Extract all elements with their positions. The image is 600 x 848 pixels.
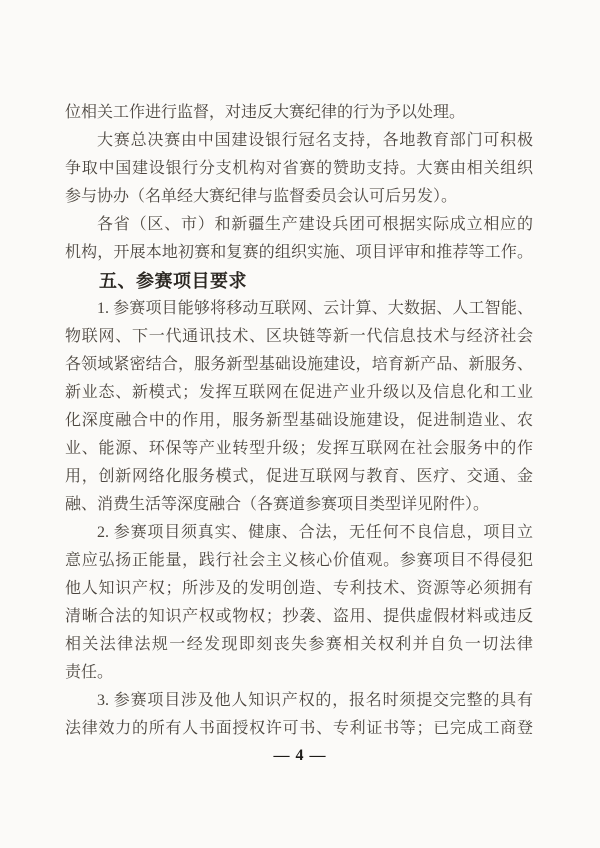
text-line: 意应弘扬正能量，践行社会主义核心价值观。参赛项目不得侵犯	[65, 547, 533, 575]
text-line: 新业态、新模式；发挥互联网在促进产业升级以及信息化和工业	[65, 379, 533, 407]
text-line: 位相关工作进行监督，对违反大赛纪律的行为予以处理。	[65, 99, 533, 127]
text-line: 他人知识产权；所涉及的发明创造、专利技术、资源等必须拥有	[65, 575, 533, 603]
section-heading: 五、参赛项目要求	[65, 267, 533, 295]
text-line: 各省（区、市）和新疆生产建设兵团可根据实际成立相应的	[65, 211, 533, 239]
text-line: 业、能源、环保等产业转型升级；发挥互联网在社会服务中的作	[65, 435, 533, 463]
text-line: 融、消费生活等深度融合（各赛道参赛项目类型详见附件）。	[65, 491, 533, 519]
text-line: 相关法律法规一经发现即刻丧失参赛相关权利并自负一切法律	[65, 631, 533, 659]
text-line: 法律效力的所有人书面授权许可书、专利证书等；已完成工商登	[65, 715, 533, 743]
text-line: 物联网、下一代通讯技术、区块链等新一代信息技术与经济社会	[65, 323, 533, 351]
text-line: 责任。	[65, 659, 533, 687]
text-line: 3. 参赛项目涉及他人知识产权的，报名时须提交完整的具有	[65, 687, 533, 715]
text-line: 参与协办（名单经大赛纪律与监督委员会认可后另发）。	[65, 183, 533, 211]
text-line: 用，创新网络化服务模式，促进互联网与教育、医疗、交通、金	[65, 463, 533, 491]
page-canvas: 位相关工作进行监督，对违反大赛纪律的行为予以处理。大赛总决赛由中国建设银行冠名支…	[0, 0, 600, 848]
text-line: 争取中国建设银行分支机构对省赛的赞助支持。大赛由相关组织	[65, 155, 533, 183]
text-line: 2. 参赛项目须真实、健康、合法，无任何不良信息，项目立	[65, 519, 533, 547]
text-line: 1. 参赛项目能够将移动互联网、云计算、大数据、人工智能、	[65, 295, 533, 323]
text-line: 各领域紧密结合，服务新型基础设施建设，培育新产品、新服务、	[65, 351, 533, 379]
text-line: 机构，开展本地初赛和复赛的组织实施、项目评审和推荐等工作。	[65, 239, 533, 267]
text-line: 大赛总决赛由中国建设银行冠名支持，各地教育部门可积极	[65, 127, 533, 155]
page-number: — 4 —	[0, 746, 600, 766]
text-line: 化深度融合中的作用，服务新型基础设施建设，促进制造业、农	[65, 407, 533, 435]
text-line: 清晰合法的知识产权或物权；抄袭、盗用、提供虚假材料或违反	[65, 603, 533, 631]
document-body: 位相关工作进行监督，对违反大赛纪律的行为予以处理。大赛总决赛由中国建设银行冠名支…	[65, 99, 533, 743]
scanned-document-page: { "page": { "background_color": "#fbfaf8…	[0, 0, 600, 848]
